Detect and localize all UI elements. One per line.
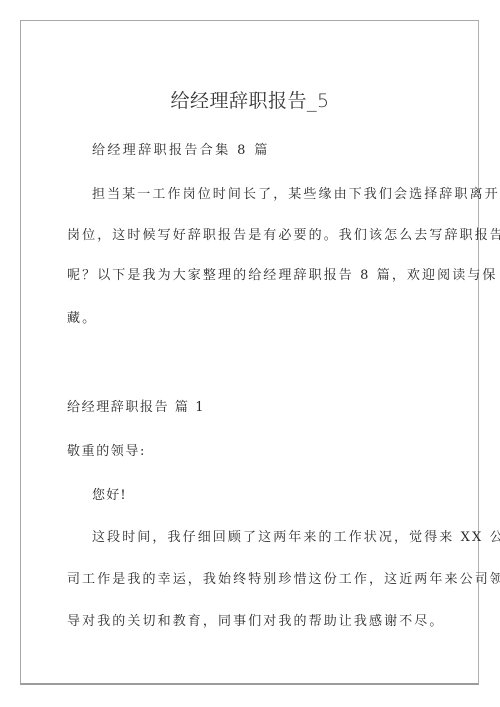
greeting: 您好! [92, 484, 127, 503]
intro-line-4: 藏。 [67, 307, 97, 326]
body-line-1: 这段时间，我仔细回顾了这两年来的工作状况，觉得来 XX 公 [92, 526, 500, 545]
intro-line-2: 岗位，这时候写好辞职报告是有必要的。我们该怎么去写辞职报告 [67, 224, 500, 243]
intro-line-3: 呢？以下是我为大家整理的给经理辞职报告 8 篇，欢迎阅读与保 [67, 264, 498, 283]
document-subtitle: 给经理辞职报告合集 8 篇 [92, 139, 270, 158]
document-title: 给经理辞职报告_5 [0, 86, 500, 113]
salutation: 敬重的领导: [67, 440, 146, 459]
intro-line-1: 担当某一工作岗位时间长了，某些缘由下我们会选择辞职离开 [92, 183, 500, 202]
body-line-2: 司工作是我的幸运，我始终特别珍惜这份工作，这近两年来公司领 [67, 568, 500, 587]
section-heading: 给经理辞职报告 篇 1 [67, 396, 205, 415]
body-line-3: 导对我的关切和教育，同事们对我的帮助让我感谢不尽。 [67, 610, 445, 629]
